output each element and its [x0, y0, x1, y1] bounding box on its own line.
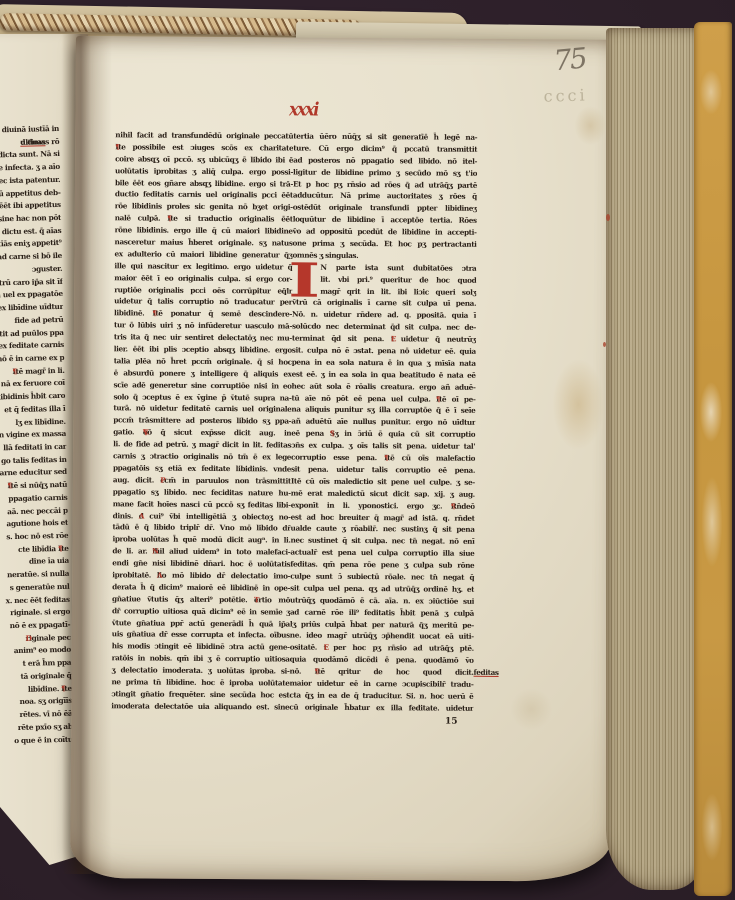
text-line: maior uidetur eē in carne ɔcupiscibilr̄ … — [289, 677, 473, 690]
text-line: ille qui nascitur ex legitimo. ergo uide… — [114, 260, 292, 273]
text-column-right: tertia ūēro nūq̄ʒ si sit generatīē h̄ le… — [289, 131, 477, 715]
page-number: 15 — [429, 716, 473, 726]
text-line: ¶Ite possibile est ɔiuges scōs ex charit… — [115, 141, 293, 154]
text-line: o que ē in coītu — [0, 733, 73, 748]
text-line: scīe adē generetur sine corruptiōe nisi … — [114, 379, 292, 392]
text-line: ne prima tn̄ libidine. hoc ē iproba uolū… — [111, 676, 289, 689]
text-line: ppagatio sʒ libido. nec feciditas nature… — [113, 486, 291, 499]
text-line: uolūtatis iprobitas ʒ aliq̄ culpa. ergo … — [115, 165, 293, 178]
red-ink-speck — [606, 214, 610, 221]
text-line: mē erat maledictū sicut dicit sap. xij. … — [291, 487, 475, 500]
cover-blotch — [698, 462, 726, 582]
cover-blotch — [696, 62, 726, 122]
text-line: iprobitatē. Alio mō libido dr̄ delectati… — [112, 569, 290, 582]
drop-cap-initial: I — [288, 259, 329, 307]
paper-stain — [541, 339, 616, 470]
text-line: hec aūt sola ē rōalis creatura. ergo añ … — [292, 380, 476, 393]
text-line: nō. ¶Itē qritur de hoc quod dicit. fedit… — [290, 666, 474, 679]
text-line: talia plēa nō h̄ret pccm̄ originale. q̄ … — [114, 355, 292, 368]
text-line: maior ēēt ī eo originalis culpa. si ergo… — [114, 272, 292, 285]
right-page: xxxi 75 ccci nihil facit ad transfundēdū… — [70, 36, 616, 882]
paper-stain — [501, 679, 561, 739]
text-line: ex adulterio cū maiori libidine generatu… — [114, 248, 292, 261]
chapter-heading-rubric: xxxi — [271, 98, 335, 120]
text-column-left: nihil facit ad transfundēdū originale pe… — [111, 129, 293, 713]
text-line: cta q̄ʒ in ea de q̄ traducitur. Si. n. h… — [289, 689, 473, 702]
text-line: nihil facit ad transfundēdū originale pe… — [115, 129, 293, 142]
text-line: ad posteros nō ppagatio sed libido. nō i… — [293, 154, 477, 167]
text-line: exponīt in li. yponostici. ergo ʒc. ¶Rn̄… — [291, 499, 475, 512]
text-line: culpe sunt ɔ̄ subiectū rōale. nec tn̄ ne… — [290, 570, 474, 583]
text-line: dinis. Ad cui⁹ v̄bi intelligētiā ʒ obiec… — [113, 510, 291, 523]
text-line: dr̄ corruptio uitiosa quā dicim⁹ eē in s… — [112, 605, 290, 618]
text-line: utrūq̄ʒ quodāmō ē cā. aīa. n. ex ɔiūctiō… — [290, 594, 474, 607]
text-line: ture. Cū ergo dicim⁹ q̄ pccatū transmitt… — [293, 142, 477, 155]
text-line: coire absqʒ oī pccō. sʒ ubicūqʒ ē libido… — [115, 153, 293, 166]
text-line: ligitur de libidine primo ʒ secūdo mō sʒ… — [293, 166, 477, 179]
left-page-text-column: ur diuinā iustīā ind duas ultimas rōe di… — [0, 123, 73, 748]
text-line: gn̄atiue v̄tutis q̄ʒ alteri⁹ potētie. Te… — [112, 593, 290, 606]
text-line: ē absurdū ponere ʒ intelligere q̄ aliqui… — [114, 367, 292, 380]
cover-blotch — [696, 372, 726, 452]
vellum-cover-edge — [694, 22, 732, 896]
text-line: pena in ea sola natura ē in qua ʒ mīsīa … — [292, 356, 476, 369]
text-line: derata h̄ q̄ dicim⁹ maiorē eē libidinē i… — [112, 581, 290, 594]
text-line: est eē. ʒ in ea sola in qua beatitudo ē … — [292, 368, 476, 381]
text-line: imoderata delectatōe uia aliquando est. … — [111, 700, 289, 713]
text-line: nasceretur maius h̄beret originale. sʒ n… — [115, 236, 293, 249]
text-line: ad carnē rōe ili⁹ feditatis h̄bit penā ʒ… — [290, 606, 474, 619]
text-line: sit culpa uel pena. qʒ ad utrūq̄ʒ ordinē… — [290, 582, 474, 595]
fore-edge-pages — [606, 28, 700, 890]
text-line: aug. dicit. Pccm̄ in paruulos non trāsmi… — [113, 474, 291, 487]
red-ink-speck — [603, 342, 606, 347]
cover-blotch — [698, 782, 726, 872]
text-line: cū originale h̄batur ex illa feditate. u… — [289, 701, 473, 714]
text-line: ppagatōis sʒ etiā ex feditate libidinis.… — [113, 462, 291, 475]
book-photograph: ur diuinā iustīā ind duas ultimas rōe di… — [0, 0, 735, 900]
text-line: ɔtingit gn̄atio frequēter. sine secūda h… — [111, 688, 289, 701]
text-line: Itē cū oīs maledictio sit pene uel culpe… — [291, 475, 475, 488]
text-line: sit pena. uidetur talis corruptio eē pen… — [291, 463, 475, 476]
